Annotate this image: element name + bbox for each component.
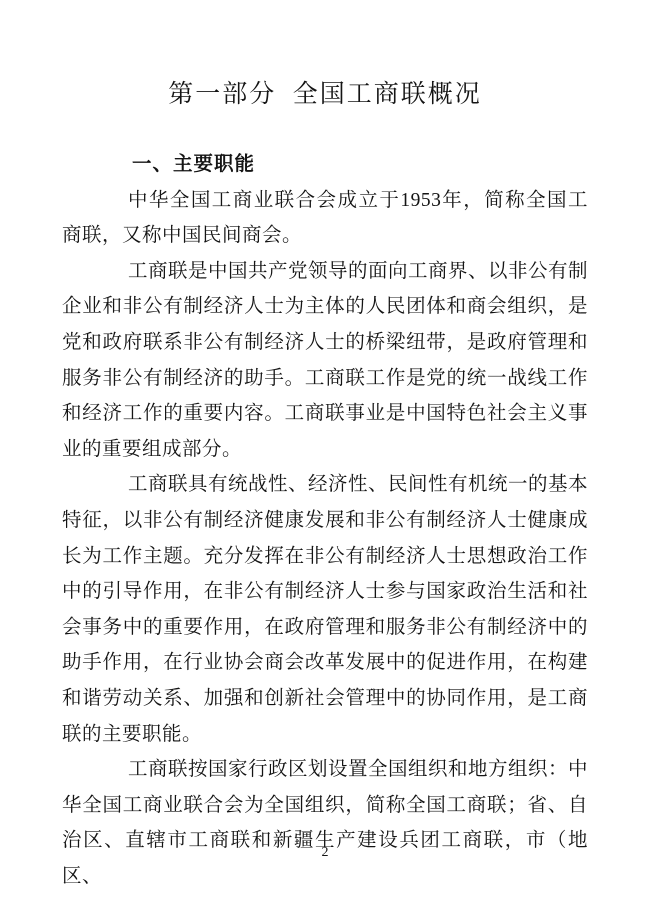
paragraph-functions: 工商联具有统战性、经济性、民间性有机统一的基本特征，以非公有制经济健康发展和非公… [62,467,588,752]
document-page: 第一部分 全国工商联概况 一、主要职能 中华全国工商业联合会成立于1953年，简… [0,0,650,919]
section-heading: 一、主要职能 [62,147,588,183]
paragraph-founding: 中华全国工商业联合会成立于1953年，简称全国工商联，又称中国民间商会。 [62,183,588,254]
page-number: 2 [0,845,650,861]
paragraph-organization: 工商联按国家行政区划设置全国组织和地方组织：中华全国工商业联合会为全国组织，简称… [62,752,588,894]
page-title: 第一部分 全国工商联概况 [0,74,650,110]
document-body: 一、主要职能 中华全国工商业联合会成立于1953年，简称全国工商联，又称中国民间… [62,147,588,894]
paragraph-nature: 工商联是中国共产党领导的面向工商界、以非公有制企业和非公有制经济人士为主体的人民… [62,254,588,468]
